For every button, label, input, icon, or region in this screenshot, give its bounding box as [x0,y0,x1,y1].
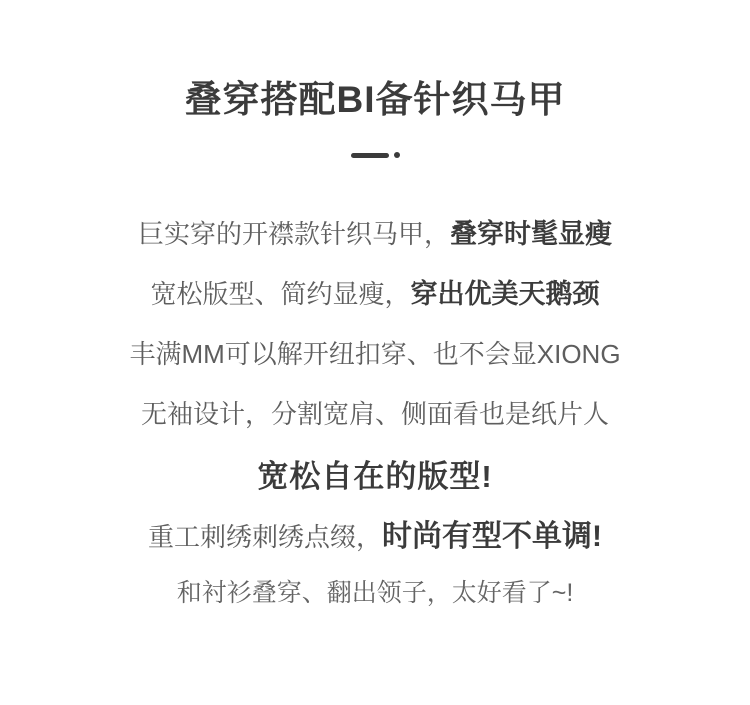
divider-bar-icon [351,153,389,158]
divider-dot-icon [394,152,400,158]
product-description-panel: 叠穿搭配BI备针织马甲 巨实穿的开襟款针织马甲，叠穿时髦显瘦 宽松版型、简约显瘦… [0,0,750,705]
feature-line-emphasis: 时尚有型不单调! [382,520,602,553]
subheading: 宽松自在的版型! [20,457,730,497]
page-title: 叠穿搭配BI备针织马甲 [0,0,750,122]
feature-line: 宽松版型、简约显瘦，穿出优美天鹅颈 [20,277,730,311]
feature-line-text: 无袖设计，分割宽肩、侧面看也是纸片人 [141,399,609,429]
feature-line-text: 宽松版型、简约显瘦， [150,279,410,309]
title-divider [0,150,750,160]
feature-line: 无袖设计，分割宽肩、侧面看也是纸片人 [20,397,730,431]
feature-line-text: 巨实穿的开襟款针织马甲， [138,219,450,249]
feature-line: 和衬衫叠穿、翻出领子，太好看了~! [20,575,730,609]
feature-line: 巨实穿的开襟款针织马甲，叠穿时髦显瘦 [20,217,730,251]
feature-line-text: 重工刺绣刺绣点缀， [148,522,382,552]
feature-line: 重工刺绣刺绣点缀，时尚有型不单调! [20,519,730,555]
feature-line-text: 和衬衫叠穿、翻出领子，太好看了~! [177,579,574,607]
feature-line-emphasis: 叠穿时髦显瘦 [450,219,612,249]
feature-line-emphasis: 穿出优美天鹅颈 [411,279,600,309]
feature-line-text: 丰满MM可以解开纽扣穿、也不会显XIONG [129,339,620,369]
feature-line: 丰满MM可以解开纽扣穿、也不会显XIONG [20,337,730,371]
